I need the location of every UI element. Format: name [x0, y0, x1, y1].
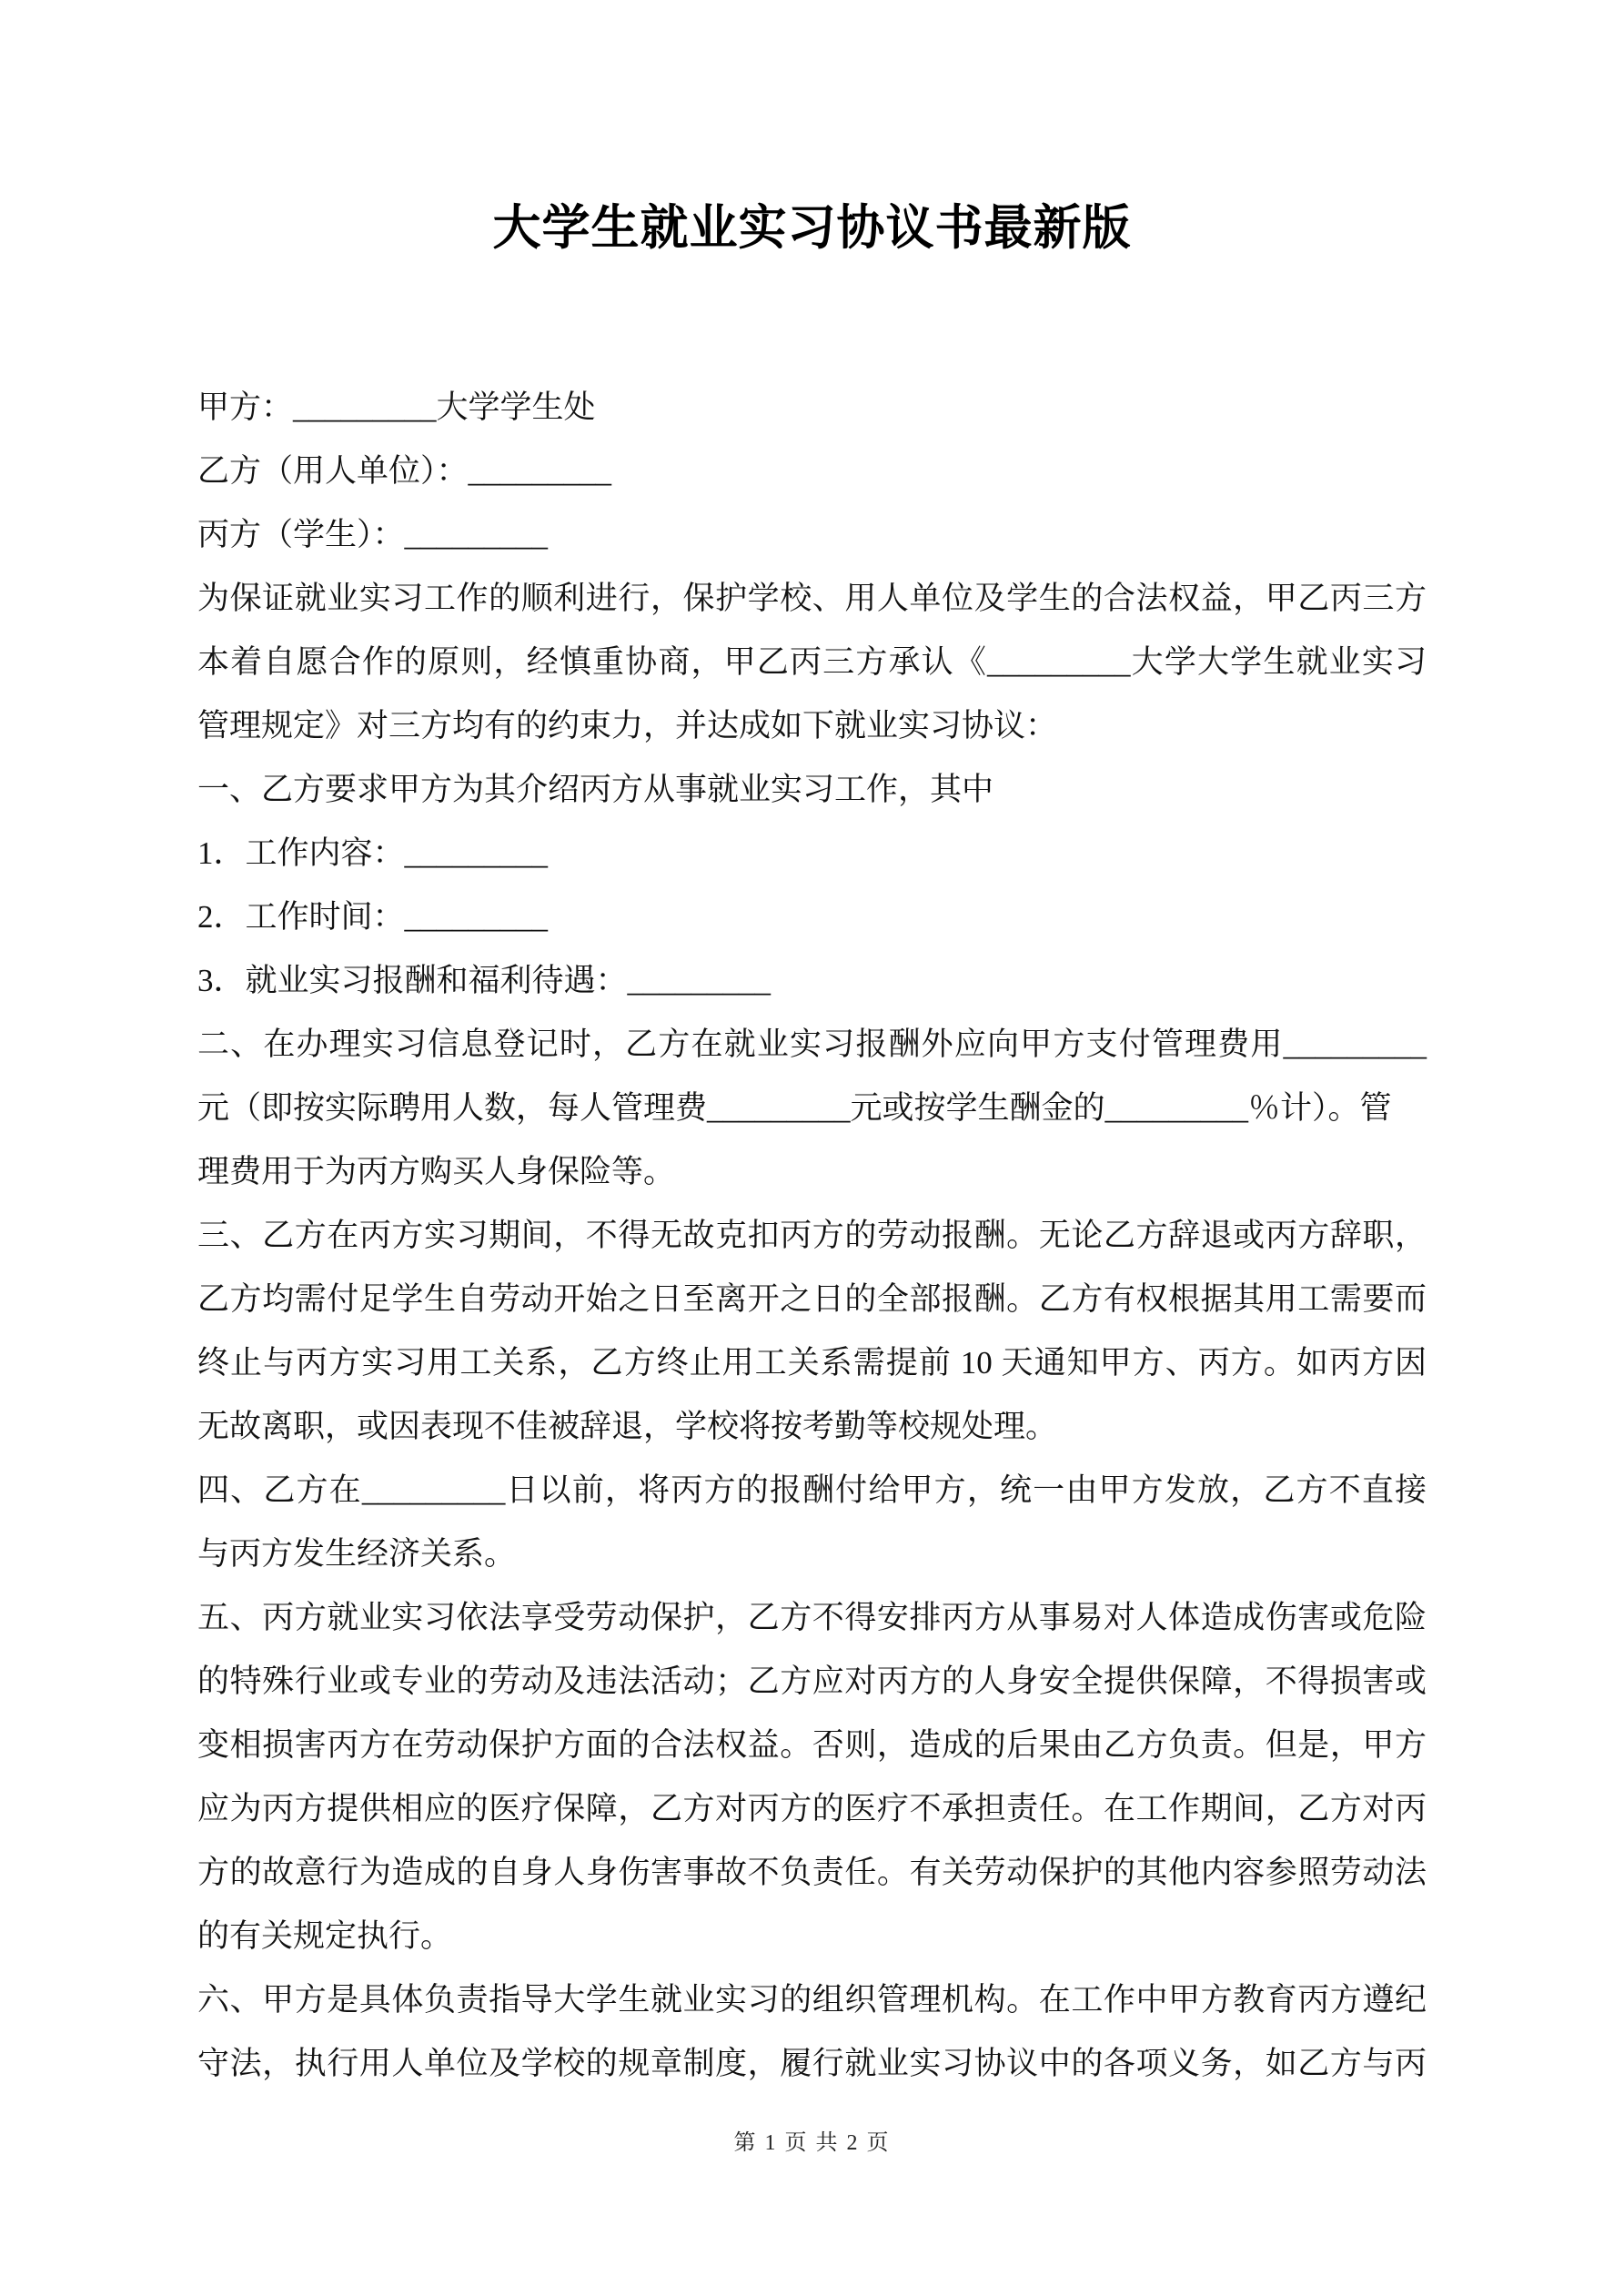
- text-line-clause-2-2: 元（即按实际聘用人数，每人管理费_________元或按学生酬金的_______…: [197, 1077, 1427, 1140]
- text-line-clause-4-1: 四、乙方在_________日以前，将丙方的报酬付给甲方，统一由甲方发放，乙方不…: [197, 1459, 1427, 1522]
- text-line-clause-1-item-2: 2．工作时间：_________: [197, 885, 1427, 949]
- text-line-clause-1-item-3: 3．就业实习报酬和福利待遇：_________: [197, 949, 1427, 1013]
- text-line-clause-5-4: 应为丙方提供相应的医疗保障，乙方对丙方的医疗不承担责任。在工作期间，乙方对丙: [197, 1777, 1427, 1841]
- text-line-clause-5-5: 方的故意行为造成的自身人身伤害事故不负责任。有关劳动保护的其他内容参照劳动法: [197, 1841, 1427, 1905]
- document-body: 甲方：_________大学学生处 乙方（用人单位）：_________ 丙方（…: [197, 376, 1427, 2096]
- text-line-clause-4-2: 与丙方发生经济关系。: [197, 1522, 1427, 1586]
- text-line-preamble-3: 管理规定》对三方均有的约束力，并达成如下就业实习协议：: [197, 694, 1427, 758]
- document-page: 大学生就业实习协议书最新版 甲方：_________大学学生处 乙方（用人单位）…: [0, 0, 1624, 2296]
- text-line-clause-1: 一、乙方要求甲方为其介绍丙方从事就业实习工作，其中: [197, 758, 1427, 822]
- page-number: 第 1 页 共 2 页: [0, 2128, 1624, 2159]
- text-line-clause-5-2: 的特殊行业或专业的劳动及违法活动；乙方应对丙方的人身安全提供保障，不得损害或: [197, 1650, 1427, 1714]
- text-line-clause-3-1: 三、乙方在丙方实习期间，不得无故克扣丙方的劳动报酬。无论乙方辞退或丙方辞职，: [197, 1204, 1427, 1268]
- text-line-clause-2-1: 二、在办理实习信息登记时，乙方在就业实习报酬外应向甲方支付管理费用_______…: [197, 1013, 1427, 1077]
- text-line-clause-5-3: 变相损害丙方在劳动保护方面的合法权益。否则，造成的后果由乙方负责。但是，甲方: [197, 1714, 1427, 1777]
- text-line-clause-1-item-1: 1．工作内容：_________: [197, 822, 1427, 885]
- text-line-clause-3-3: 终止与丙方实习用工关系，乙方终止用工关系需提前 10 天通知甲方、丙方。如丙方因: [197, 1331, 1427, 1395]
- text-line-clause-3-2: 乙方均需付足学生自劳动开始之日至离开之日的全部报酬。乙方有权根据其用工需要而: [197, 1268, 1427, 1331]
- text-line-clause-6-2: 守法，执行用人单位及学校的规章制度，履行就业实习协议中的各项义务，如乙方与丙: [197, 2032, 1427, 2096]
- text-line-party-a: 甲方：_________大学学生处: [197, 376, 1427, 440]
- text-line-clause-5-1: 五、丙方就业实习依法享受劳动保护，乙方不得安排丙方从事易对人体造成伤害或危险: [197, 1586, 1427, 1650]
- text-line-clause-6-1: 六、甲方是具体负责指导大学生就业实习的组织管理机构。在工作中甲方教育丙方遵纪: [197, 1968, 1427, 2032]
- text-line-preamble-1: 为保证就业实习工作的顺利进行，保护学校、用人单位及学生的合法权益，甲乙丙三方: [197, 567, 1427, 631]
- text-line-clause-5-6: 的有关规定执行。: [197, 1905, 1427, 1968]
- text-line-party-b: 乙方（用人单位）：_________: [197, 440, 1427, 503]
- text-line-party-c: 丙方（学生）：_________: [197, 503, 1427, 567]
- text-line-clause-2-3: 理费用于为丙方购买人身保险等。: [197, 1140, 1427, 1204]
- document-title: 大学生就业实习协议书最新版: [0, 198, 1624, 258]
- text-line-clause-3-4: 无故离职，或因表现不佳被辞退，学校将按考勤等校规处理。: [197, 1395, 1427, 1459]
- text-line-preamble-2: 本着自愿合作的原则，经慎重协商，甲乙丙三方承认《_________大学大学生就业…: [197, 631, 1427, 694]
